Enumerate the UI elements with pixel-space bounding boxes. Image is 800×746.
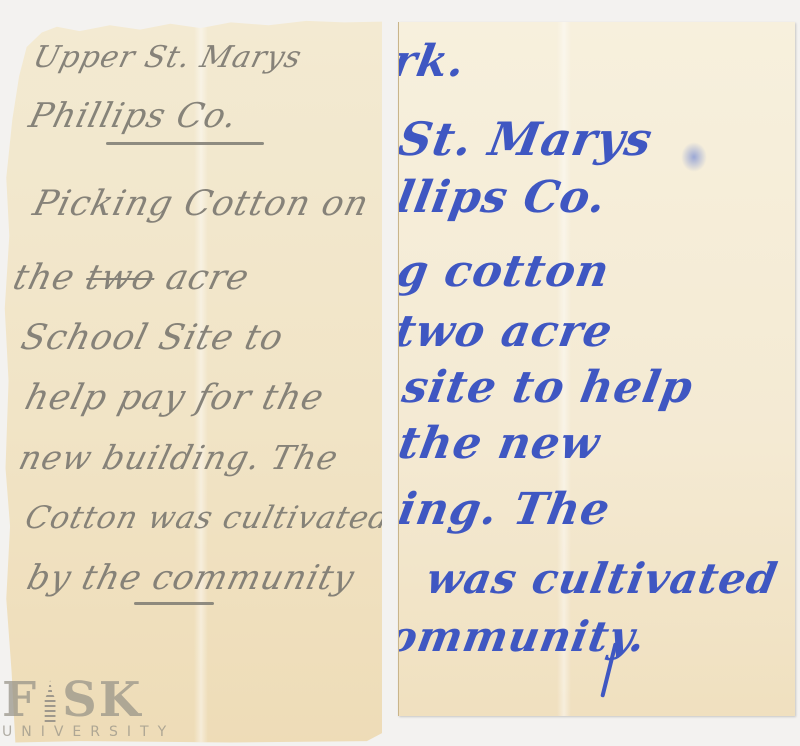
pencil-note-slip: Upper St. Marys Phillips Co. Picking Cot… <box>4 18 382 744</box>
jubilee-hall-tower-icon <box>41 680 59 722</box>
ink-line-3: g cotton <box>398 246 614 297</box>
note-line-4: help pay for the <box>21 378 328 418</box>
note-line-2: the two acre <box>9 258 254 298</box>
closing-underline <box>134 602 214 605</box>
note-line-county: Phillips Co. <box>25 96 242 136</box>
watermark-title: F SK <box>2 678 172 722</box>
ink-note-slip: rk. St. Marys llips Co. g cotton two acr… <box>398 22 795 716</box>
note-line-7: by the community <box>23 558 359 598</box>
note-line-location: Upper St. Marys <box>30 40 306 75</box>
word-the: the <box>9 258 91 298</box>
ink-line-7: ing. The <box>398 484 614 535</box>
ink-line-5: site to help <box>399 362 698 413</box>
ink-line-8: was cultivated <box>423 554 782 603</box>
ink-smudge <box>681 142 707 172</box>
note-line-3: School Site to <box>17 318 288 358</box>
heading-underline <box>106 142 264 145</box>
watermark-letter-f: F <box>2 678 38 722</box>
note-line-6: Cotton was cultivated <box>22 500 395 536</box>
document-scan: Upper St. Marys Phillips Co. Picking Cot… <box>0 0 800 746</box>
struck-word: two <box>81 258 159 298</box>
word-acre: acre <box>150 258 254 298</box>
note-line-5: new building. The <box>15 438 343 477</box>
note-line-1: Picking Cotton on <box>29 184 373 224</box>
ink-line-1: St. Marys <box>398 112 657 166</box>
ink-line-4: two acre <box>398 306 617 357</box>
ink-line-0: rk. <box>398 36 469 87</box>
ink-line-6: the new <box>398 418 604 469</box>
watermark-letters-sk: SK <box>62 678 142 722</box>
watermark-subtitle: UNIVERSITY <box>2 724 172 740</box>
ink-line-2: llips Co. <box>398 172 610 223</box>
fisk-university-watermark: F SK UNIVERSITY <box>2 678 172 740</box>
